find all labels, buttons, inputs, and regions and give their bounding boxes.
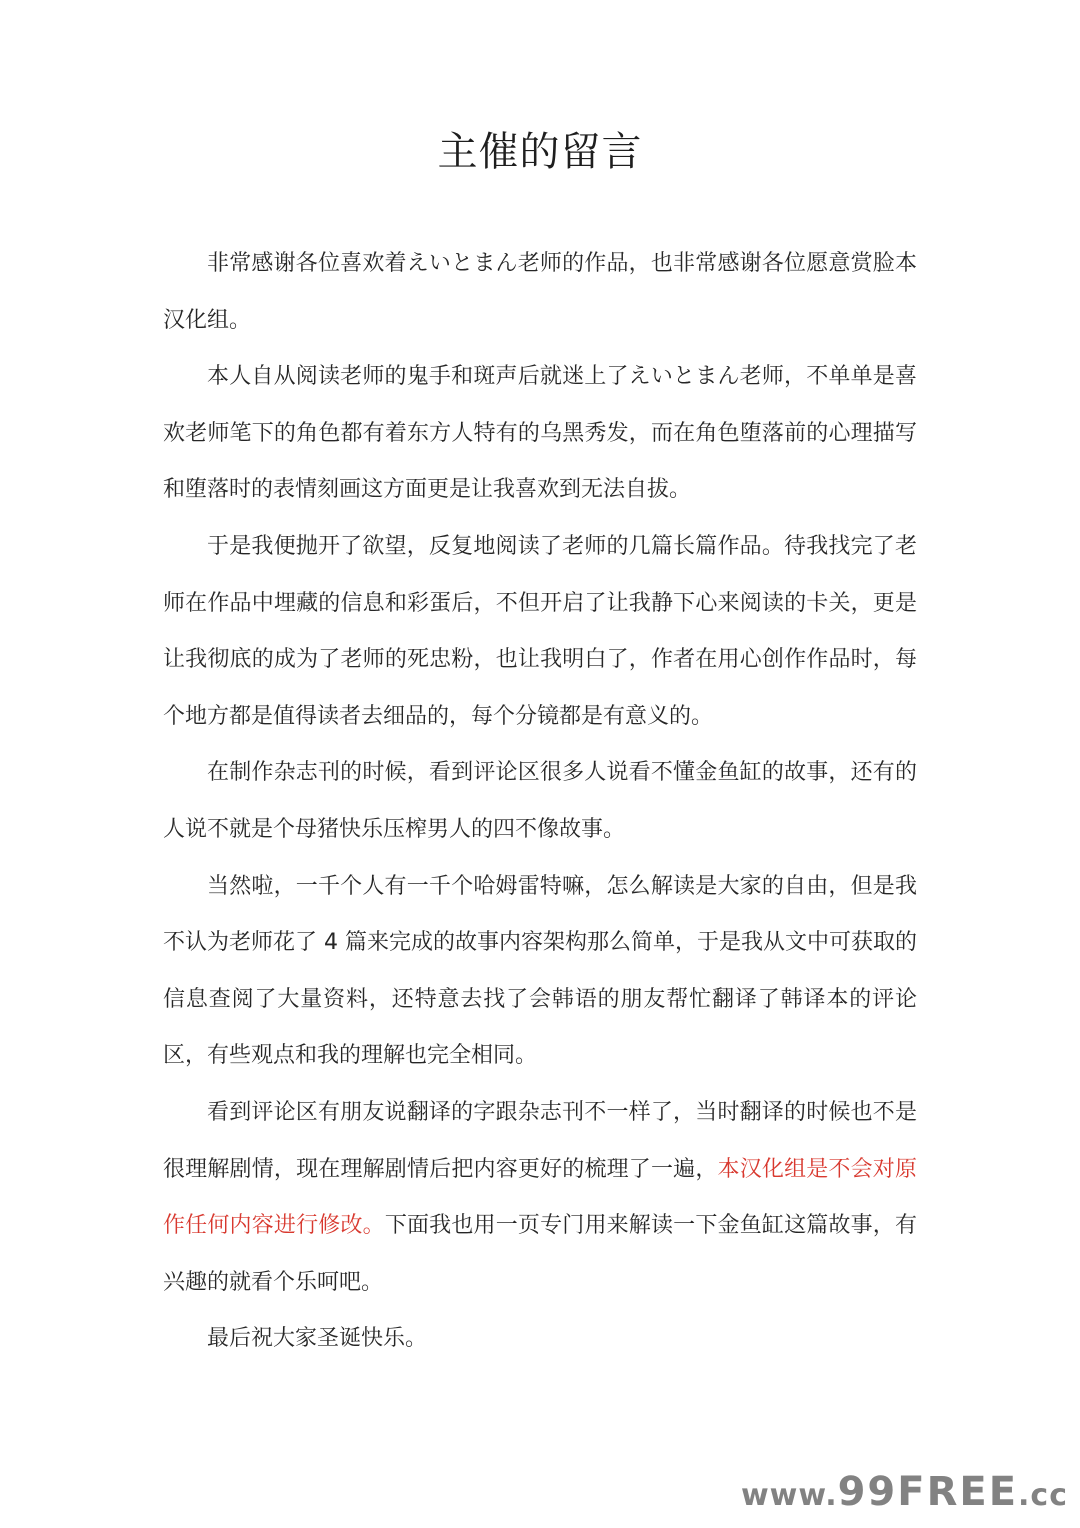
watermark: www.99FREE.cc (741, 1472, 1068, 1512)
document-page: 主催的留言 非常感谢各位喜欢着えいとまん老师的作品，也非常感谢各位愿意赏脸本汉化… (0, 0, 1080, 1528)
paragraph-rereading: 于是我便抛开了欲望，反复地阅读了老师的几篇长篇作品。待我找完了老师在作品中埋藏的… (163, 519, 917, 745)
watermark-name: 99FREE (838, 1469, 1018, 1515)
closing-paragraph: 最后祝大家圣诞快乐。 (163, 1311, 917, 1368)
paragraph-research: 当然啦，一千个人有一千个哈姆雷特嘛，怎么解读是大家的自由，但是我不认为老师花了 … (163, 859, 917, 1085)
watermark-suffix: .cc (1018, 1478, 1068, 1513)
paragraph-thanks: 非常感谢各位喜欢着えいとまん老师的作品，也非常感谢各位愿意赏脸本汉化组。 (163, 236, 917, 349)
paragraph-fandom: 本人自从阅读老师的鬼手和斑声后就迷上了えいとまん老师，不单单是喜欢老师笔下的角色… (163, 349, 917, 519)
paragraph-comments: 在制作杂志刊的时候，看到评论区很多人说看不懂金鱼缸的故事，还有的人说不就是个母猪… (163, 745, 917, 858)
page-title: 主催的留言 (0, 0, 1080, 178)
paragraph-with-highlight: 看到评论区有朋友说翻译的字跟杂志刊不一样了，当时翻译的时候也不是很理解剧情，现在… (163, 1085, 917, 1311)
message-body: 非常感谢各位喜欢着えいとまん老师的作品，也非常感谢各位愿意赏脸本汉化组。 本人自… (163, 236, 917, 1368)
watermark-prefix: www. (741, 1478, 838, 1513)
